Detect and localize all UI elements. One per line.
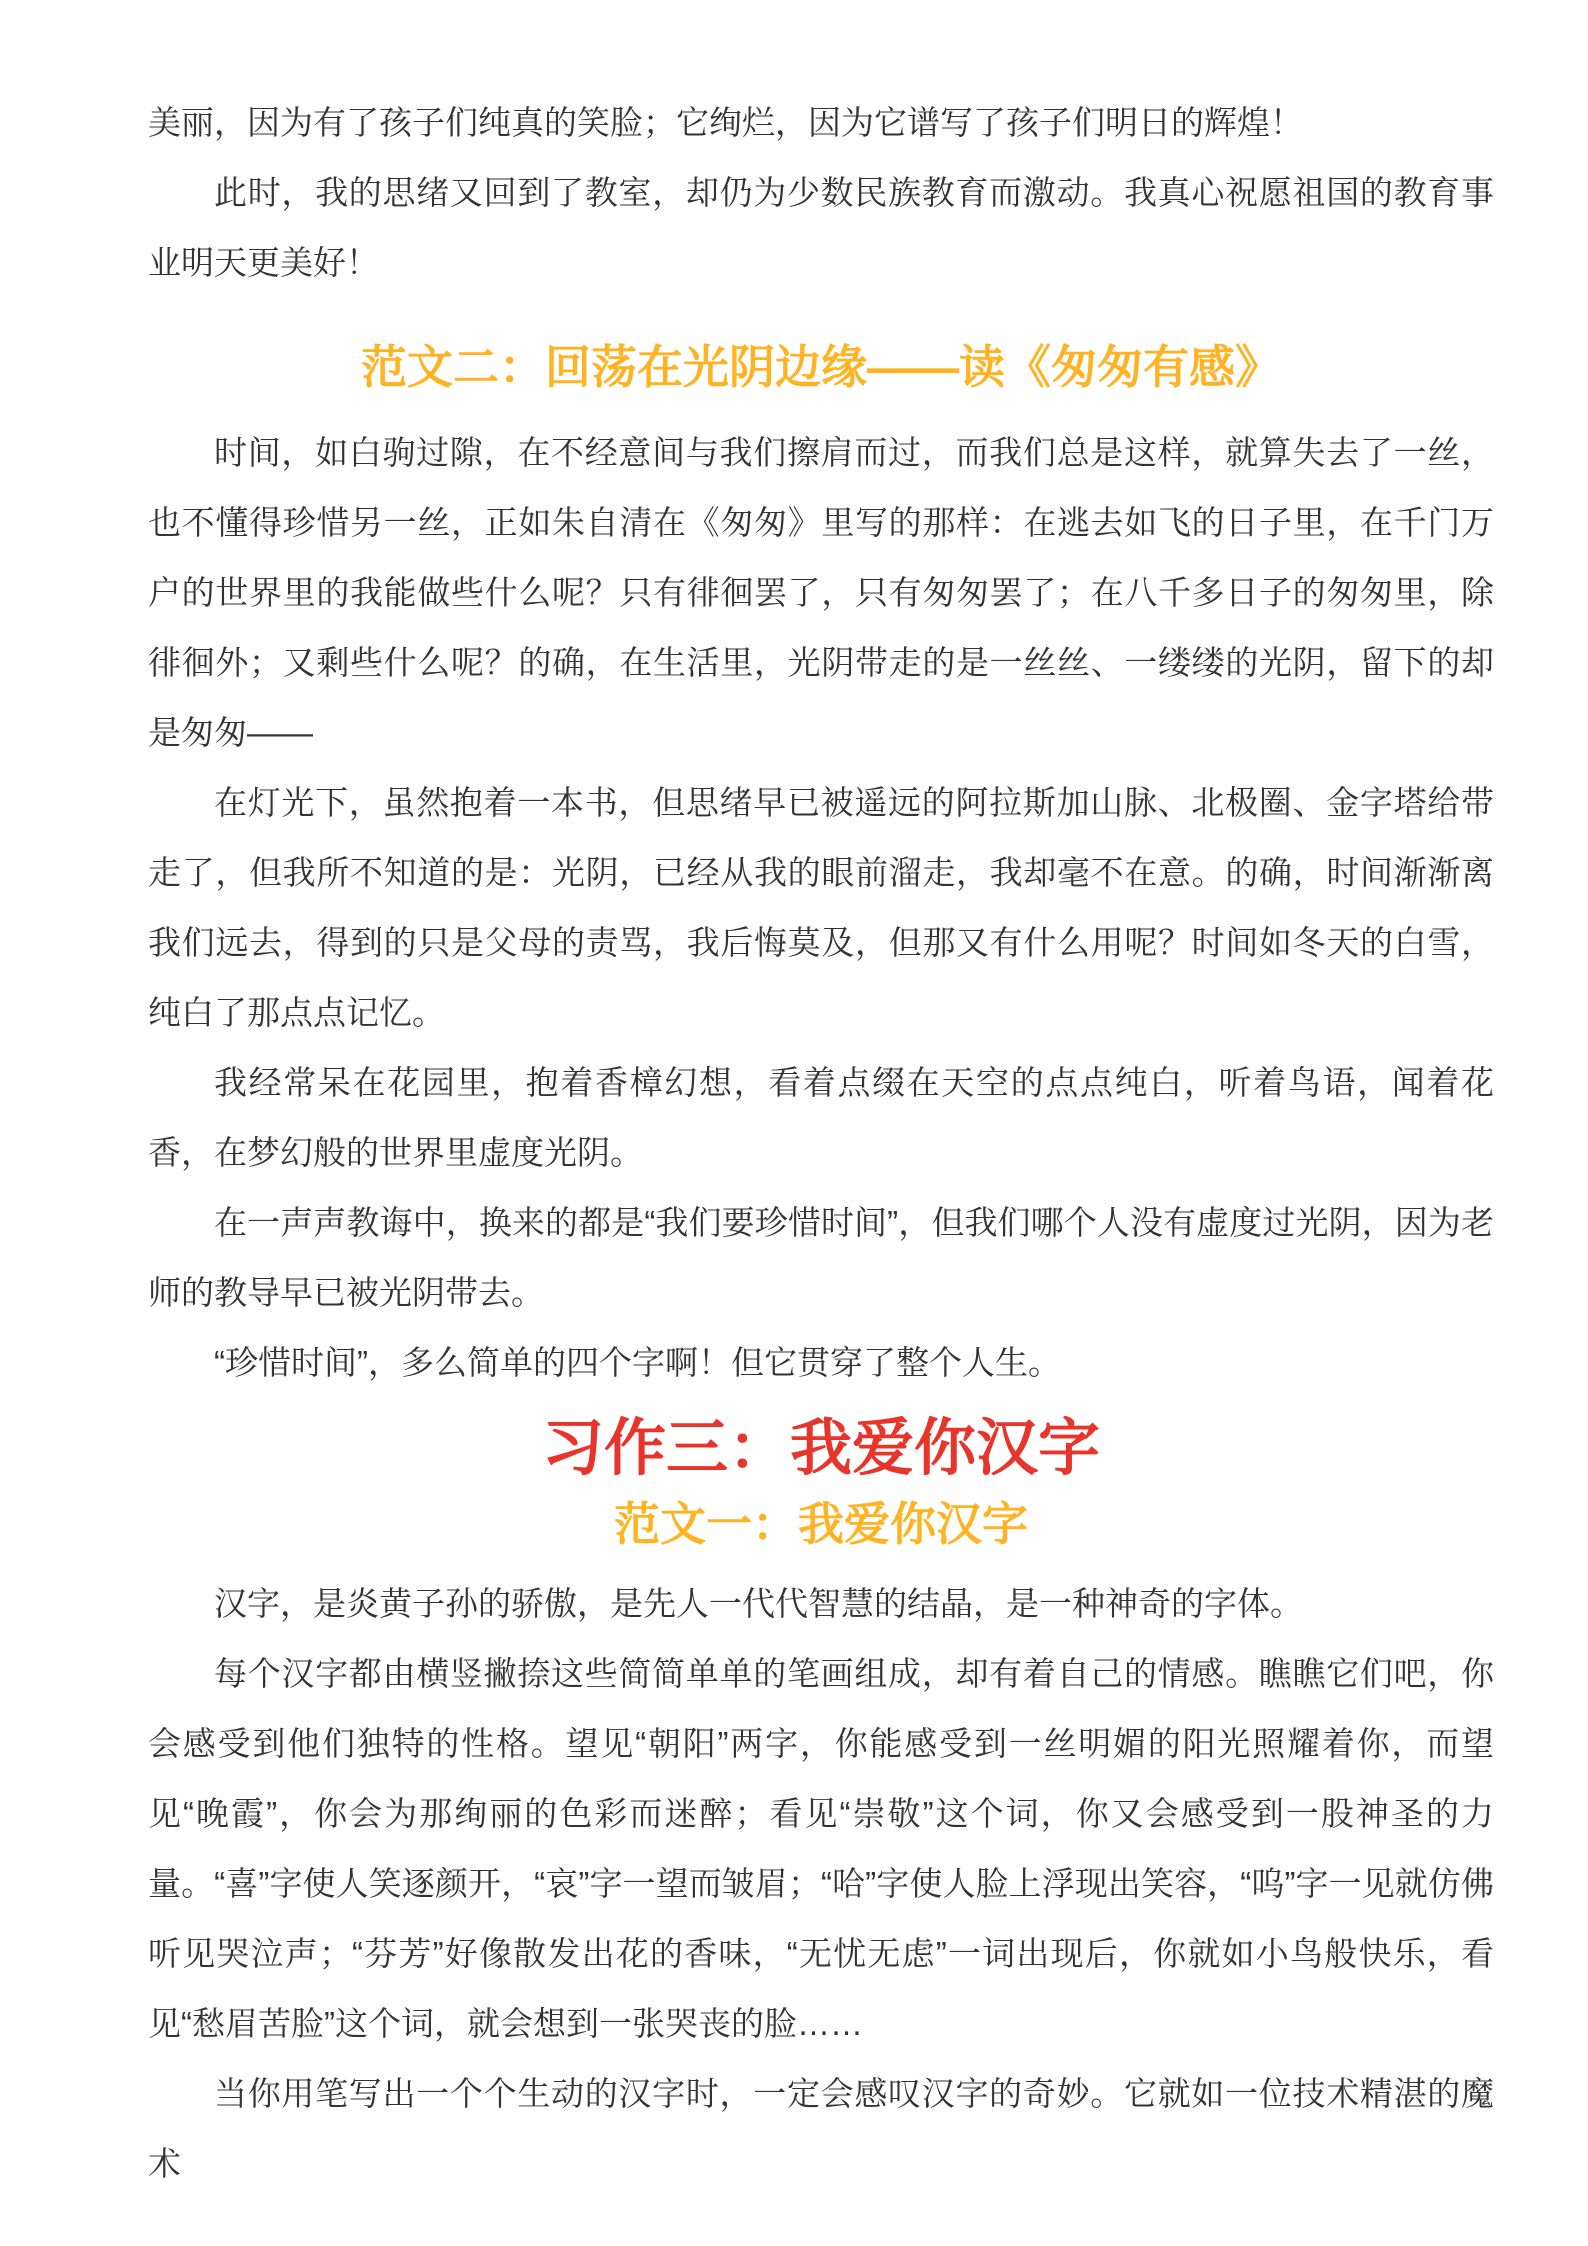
document-page: 美丽，因为有了孩子们纯真的笑脸；它绚烂，因为它谱写了孩子们明日的辉煌！此时，我的… bbox=[0, 0, 1588, 2246]
body-paragraph: 在一声声教诲中，换来的都是“我们要珍惜时间”，但我们哪个人没有虚度过光阴，因为老… bbox=[148, 1188, 1494, 1328]
body-paragraph: 此时，我的思绪又回到了教室，却仍为少数民族教育而激动。我真心祝愿祖国的教育事业明… bbox=[148, 158, 1494, 298]
body-paragraph: 每个汉字都由横竖撇捺这些简简单单的笔画组成，却有着自己的情感。瞧瞧它们吧，你会感… bbox=[148, 1639, 1494, 2059]
body-paragraph: 美丽，因为有了孩子们纯真的笑脸；它绚烂，因为它谱写了孩子们明日的辉煌！ bbox=[148, 88, 1494, 158]
body-paragraph: “珍惜时间”，多么简单的四个字啊！但它贯穿了整个人生。 bbox=[148, 1328, 1494, 1398]
body-paragraph: 当你用笔写出一个个生动的汉字时，一定会感叹汉字的奇妙。它就如一位技术精湛的魔术 bbox=[148, 2059, 1494, 2199]
section-heading-orange: 范文二：回荡在光阴边缘——读《匆匆有感》 bbox=[148, 338, 1494, 398]
section-heading-orange: 范文一：我爱你汉字 bbox=[148, 1495, 1494, 1555]
exercise-heading-red: 习作三：我爱你汉字 bbox=[148, 1410, 1494, 1488]
body-paragraph: 时间，如白驹过隙，在不经意间与我们擦肩而过，而我们总是这样，就算失去了一丝，也不… bbox=[148, 418, 1494, 768]
body-paragraph: 在灯光下，虽然抱着一本书，但思绪早已被遥远的阿拉斯加山脉、北极圈、金字塔给带走了… bbox=[148, 768, 1494, 1048]
body-paragraph: 我经常呆在花园里，抱着香樟幻想，看着点缀在天空的点点纯白，听着鸟语，闻着花香，在… bbox=[148, 1048, 1494, 1188]
body-paragraph: 汉字，是炎黄子孙的骄傲，是先人一代代智慧的结晶，是一种神奇的字体。 bbox=[148, 1569, 1494, 1639]
